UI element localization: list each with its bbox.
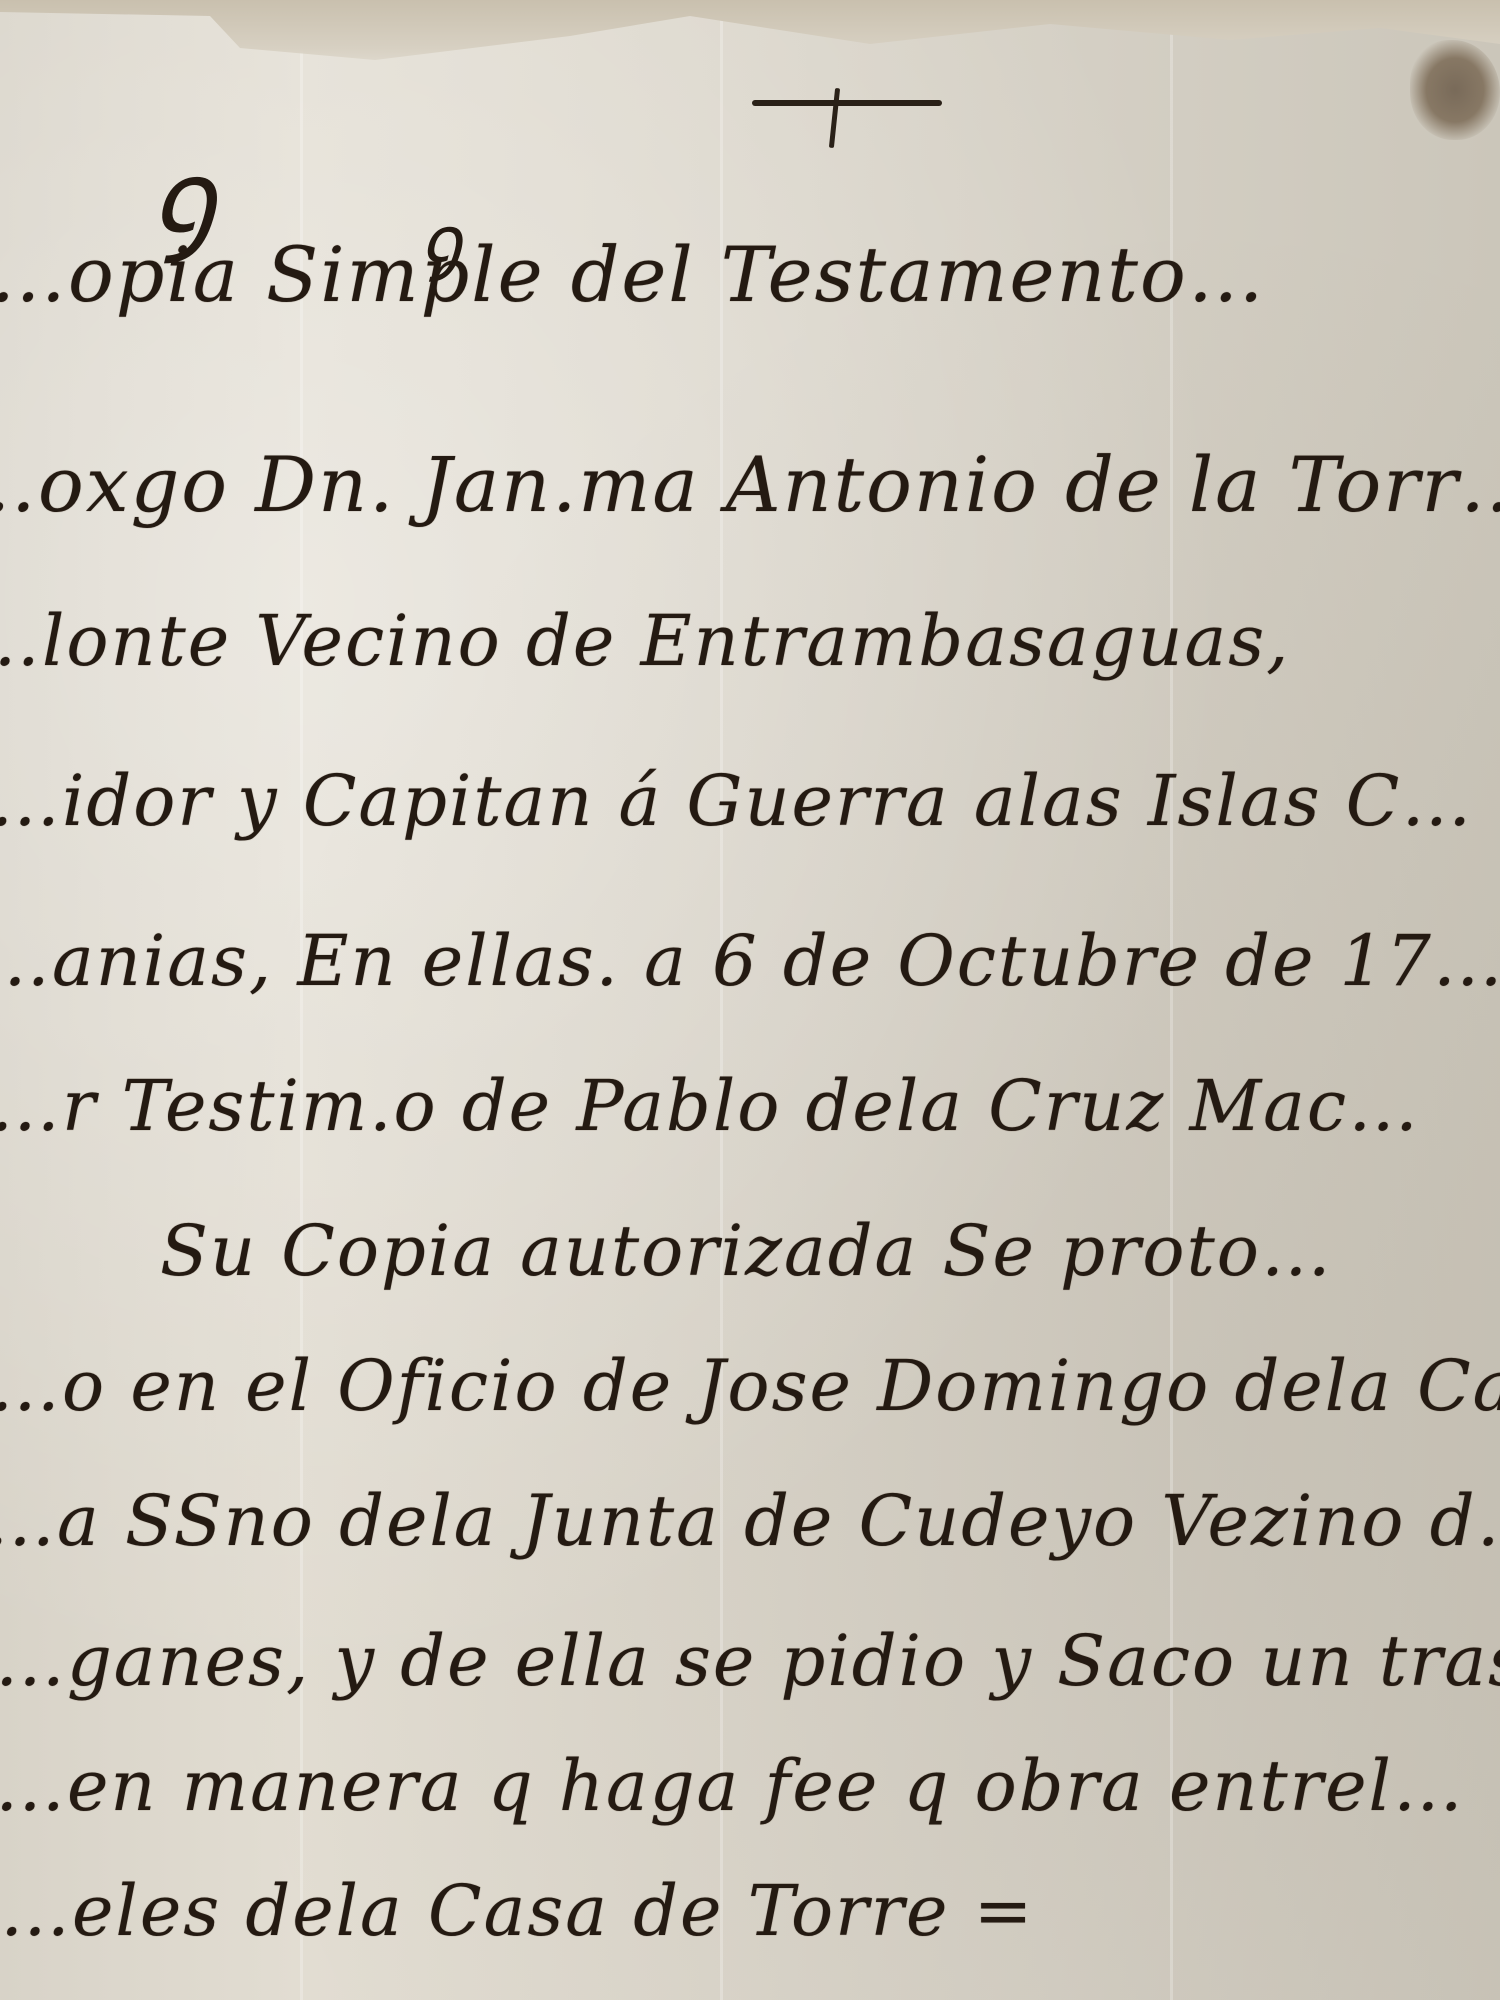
manuscript-line: …en manera q haga fee q obra entrel… [0, 1745, 1465, 1827]
manuscript-line: …a SSno dela Junta de Cudeyo Vezino d… [0, 1480, 1500, 1562]
manuscript-line: …r Testim.o de Pablo dela Cruz Mac… [0, 1065, 1420, 1147]
manuscript-line: …idor y Capitan á Guerra alas Islas C… [0, 760, 1473, 842]
manuscript-text: …opia Simple del Testamento… …oxgo Dn. J… [0, 0, 1500, 2000]
manuscript-line: …lonte Vecino de Entrambasaguas, [0, 600, 1290, 682]
manuscript-line: …o en el Oficio de Jose Domingo dela Ca… [0, 1345, 1500, 1427]
manuscript-line: …opia Simple del Testamento… [0, 230, 1266, 319]
manuscript-line: …oxgo Dn. Jan.ma Antonio de la Torr… [0, 440, 1500, 529]
manuscript-line: …anias, En ellas. a 6 de Octubre de 17… [0, 920, 1500, 1002]
manuscript-line: Su Copia autorizada Se proto… [160, 1210, 1333, 1292]
manuscript-line: …ganes, y de ella se pidio y Saco un tra… [0, 1620, 1500, 1702]
manuscript-line: …eles dela Casa de Torre = [0, 1870, 1034, 1952]
manuscript-page: ꝯ ꝯ …opia Simple del Testamento… …oxgo D… [0, 0, 1500, 2000]
